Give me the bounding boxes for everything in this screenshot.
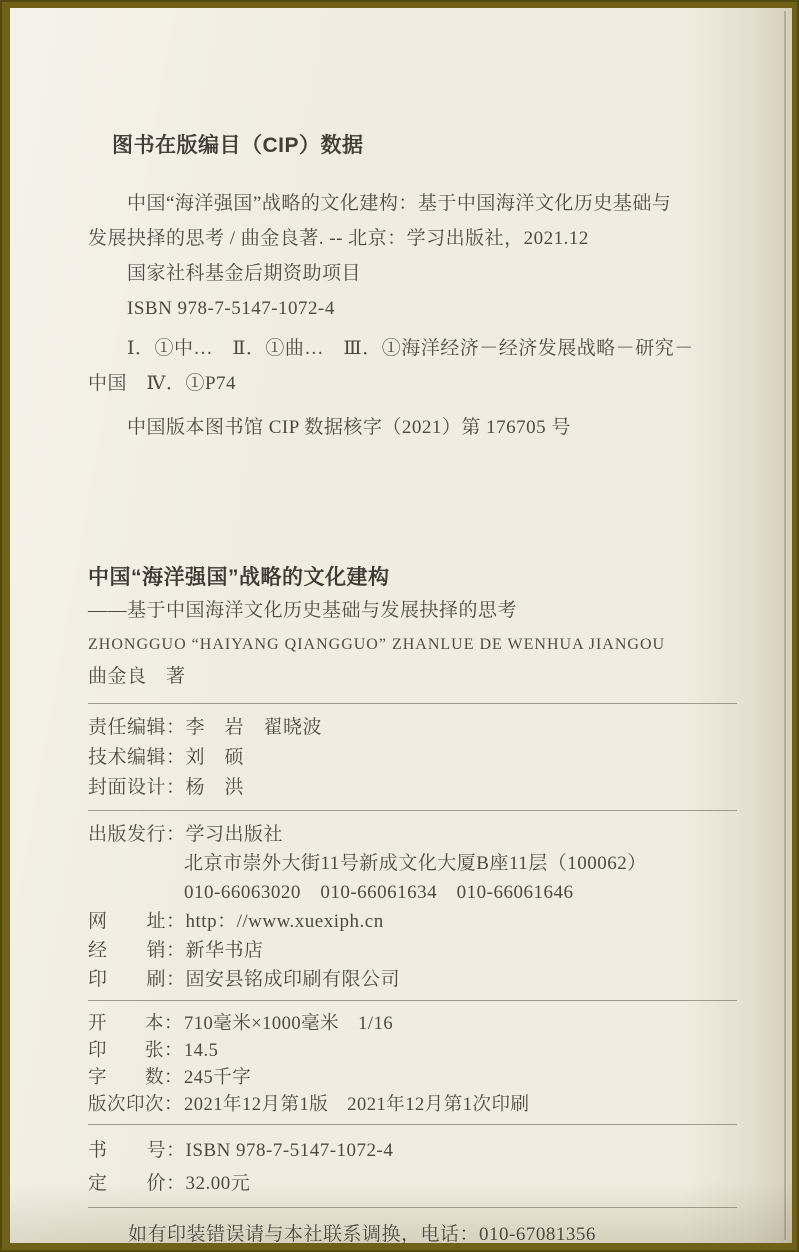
book-title: 中国“海洋强国”战略的文化建构	[88, 563, 737, 593]
book-id-row: 书 号： ISBN 978-7-5147-1072-4	[88, 1134, 737, 1167]
row-label: 书 号：	[88, 1134, 186, 1167]
publishing-section: 出版发行： 学习出版社 北京市崇外大街11号新成文化大厦B座11层（100062…	[88, 820, 737, 994]
page-edge-line	[784, 11, 786, 1240]
section-divider	[88, 703, 737, 704]
book-copyright-page: 图书在版编目（CIP）数据 中国“海洋强国”战略的文化建构：基于中国海洋文化历史…	[10, 8, 792, 1243]
row-label: 经 销：	[88, 936, 186, 965]
book-title-pinyin: ZHONGGUO “HAIYANG QIANGGUO” ZHANLUE DE W…	[88, 629, 737, 661]
format-section: 开 本： 710毫米×1000毫米 1/16 印 张： 14.5 字 数： 24…	[88, 1011, 737, 1119]
section-divider	[88, 1124, 737, 1125]
section-divider	[88, 810, 737, 811]
row-label: 出版发行：	[88, 820, 186, 849]
cip-heading: 图书在版编目（CIP）数据	[88, 132, 737, 160]
row-label: 责任编辑：	[88, 713, 186, 743]
cip-record-line: 中国版本图书馆 CIP 数据核字（2021）第 176705 号	[88, 410, 737, 445]
publishing-row: 网 址： http：//www.xuexiph.cn	[88, 907, 737, 936]
photo-frame: 图书在版编目（CIP）数据 中国“海洋强国”战略的文化建构：基于中国海洋文化历史…	[0, 0, 799, 1252]
row-value: 刘 硕	[186, 743, 245, 773]
row-value: 710毫米×1000毫米 1/16	[184, 1011, 393, 1038]
publishing-row: 010-66063020 010-66061634 010-66061646	[88, 878, 737, 907]
format-row: 版次印次： 2021年12月第1版 2021年12月第1次印刷	[88, 1092, 737, 1119]
row-label: 封面设计：	[88, 773, 186, 803]
misprint-exchange-notice: 如有印装错误请与本社联系调换，电话：010-67081356	[88, 1220, 737, 1250]
row-value: 32.00元	[186, 1167, 251, 1200]
row-value: 学习出版社	[186, 820, 284, 849]
staff-section: 责任编辑： 李 岩 翟晓波 技术编辑： 刘 硕 封面设计： 杨 洪	[88, 713, 737, 803]
row-value: 245千字	[184, 1065, 251, 1092]
row-label: 版次印次：	[88, 1092, 184, 1119]
cip-class-line: 中国 Ⅳ．①P74	[88, 366, 737, 401]
section-divider	[88, 1000, 737, 1001]
format-row: 开 本： 710毫米×1000毫米 1/16	[88, 1011, 737, 1038]
book-author: 曲金良 著	[88, 661, 737, 693]
cip-line: 国家社科基金后期资助项目	[88, 256, 737, 291]
row-value: http：//www.xuexiph.cn	[186, 907, 384, 936]
row-label: 技术编辑：	[88, 743, 186, 773]
row-label: 网 址：	[88, 907, 186, 936]
cip-line: ISBN 978-7-5147-1072-4	[88, 291, 737, 326]
publishing-row: 出版发行： 学习出版社	[88, 820, 737, 849]
staff-row: 封面设计： 杨 洪	[88, 773, 737, 803]
row-value: ISBN 978-7-5147-1072-4	[186, 1134, 394, 1167]
page-content: 图书在版编目（CIP）数据 中国“海洋强国”战略的文化建构：基于中国海洋文化历史…	[88, 8, 737, 1250]
row-value: 北京市崇外大街11号新成文化大厦B座11层（100062）	[184, 849, 647, 878]
publishing-row: 经 销： 新华书店	[88, 936, 737, 965]
row-value: 14.5	[184, 1038, 218, 1065]
cip-line: 中国“海洋强国”战略的文化建构：基于中国海洋文化历史基础与	[88, 186, 737, 221]
row-value: 010-66063020 010-66061634 010-66061646	[184, 878, 573, 907]
publishing-row: 北京市崇外大街11号新成文化大厦B座11层（100062）	[88, 849, 737, 878]
section-divider	[88, 1207, 737, 1208]
cip-class-line: Ⅰ．①中… Ⅱ．①曲… Ⅲ．①海洋经济－经济发展战略－研究－	[88, 331, 737, 366]
format-row: 字 数： 245千字	[88, 1065, 737, 1092]
row-value: 李 岩 翟晓波	[186, 713, 323, 743]
format-row: 印 张： 14.5	[88, 1038, 737, 1065]
row-value: 固安县铭成印刷有限公司	[186, 965, 401, 994]
row-value: 新华书店	[186, 936, 264, 965]
row-label: 印 刷：	[88, 965, 186, 994]
row-label: 字 数：	[88, 1065, 184, 1092]
book-id-section: 书 号： ISBN 978-7-5147-1072-4 定 价： 32.00元	[88, 1134, 737, 1200]
title-block: 中国“海洋强国”战略的文化建构 ——基于中国海洋文化历史基础与发展抉择的思考 Z…	[88, 563, 737, 693]
row-label: 开 本：	[88, 1011, 184, 1038]
staff-row: 技术编辑： 刘 硕	[88, 743, 737, 773]
book-subtitle: ——基于中国海洋文化历史基础与发展抉择的思考	[88, 593, 737, 629]
row-label: 定 价：	[88, 1167, 186, 1200]
row-label: 印 张：	[88, 1038, 184, 1065]
row-value: 2021年12月第1版 2021年12月第1次印刷	[184, 1092, 530, 1119]
cip-paragraph: 中国“海洋强国”战略的文化建构：基于中国海洋文化历史基础与 发展抉择的思考 / …	[88, 186, 737, 326]
cip-line: 发展抉择的思考 / 曲金良著. -- 北京：学习出版社，2021.12	[88, 221, 737, 256]
staff-row: 责任编辑： 李 岩 翟晓波	[88, 713, 737, 743]
book-id-row: 定 价： 32.00元	[88, 1167, 737, 1200]
row-value: 杨 洪	[186, 773, 245, 803]
cip-classification: Ⅰ．①中… Ⅱ．①曲… Ⅲ．①海洋经济－经济发展战略－研究－ 中国 Ⅳ．①P74	[88, 331, 737, 401]
cip-record: 中国版本图书馆 CIP 数据核字（2021）第 176705 号	[88, 410, 737, 445]
publishing-row: 印 刷： 固安县铭成印刷有限公司	[88, 965, 737, 994]
